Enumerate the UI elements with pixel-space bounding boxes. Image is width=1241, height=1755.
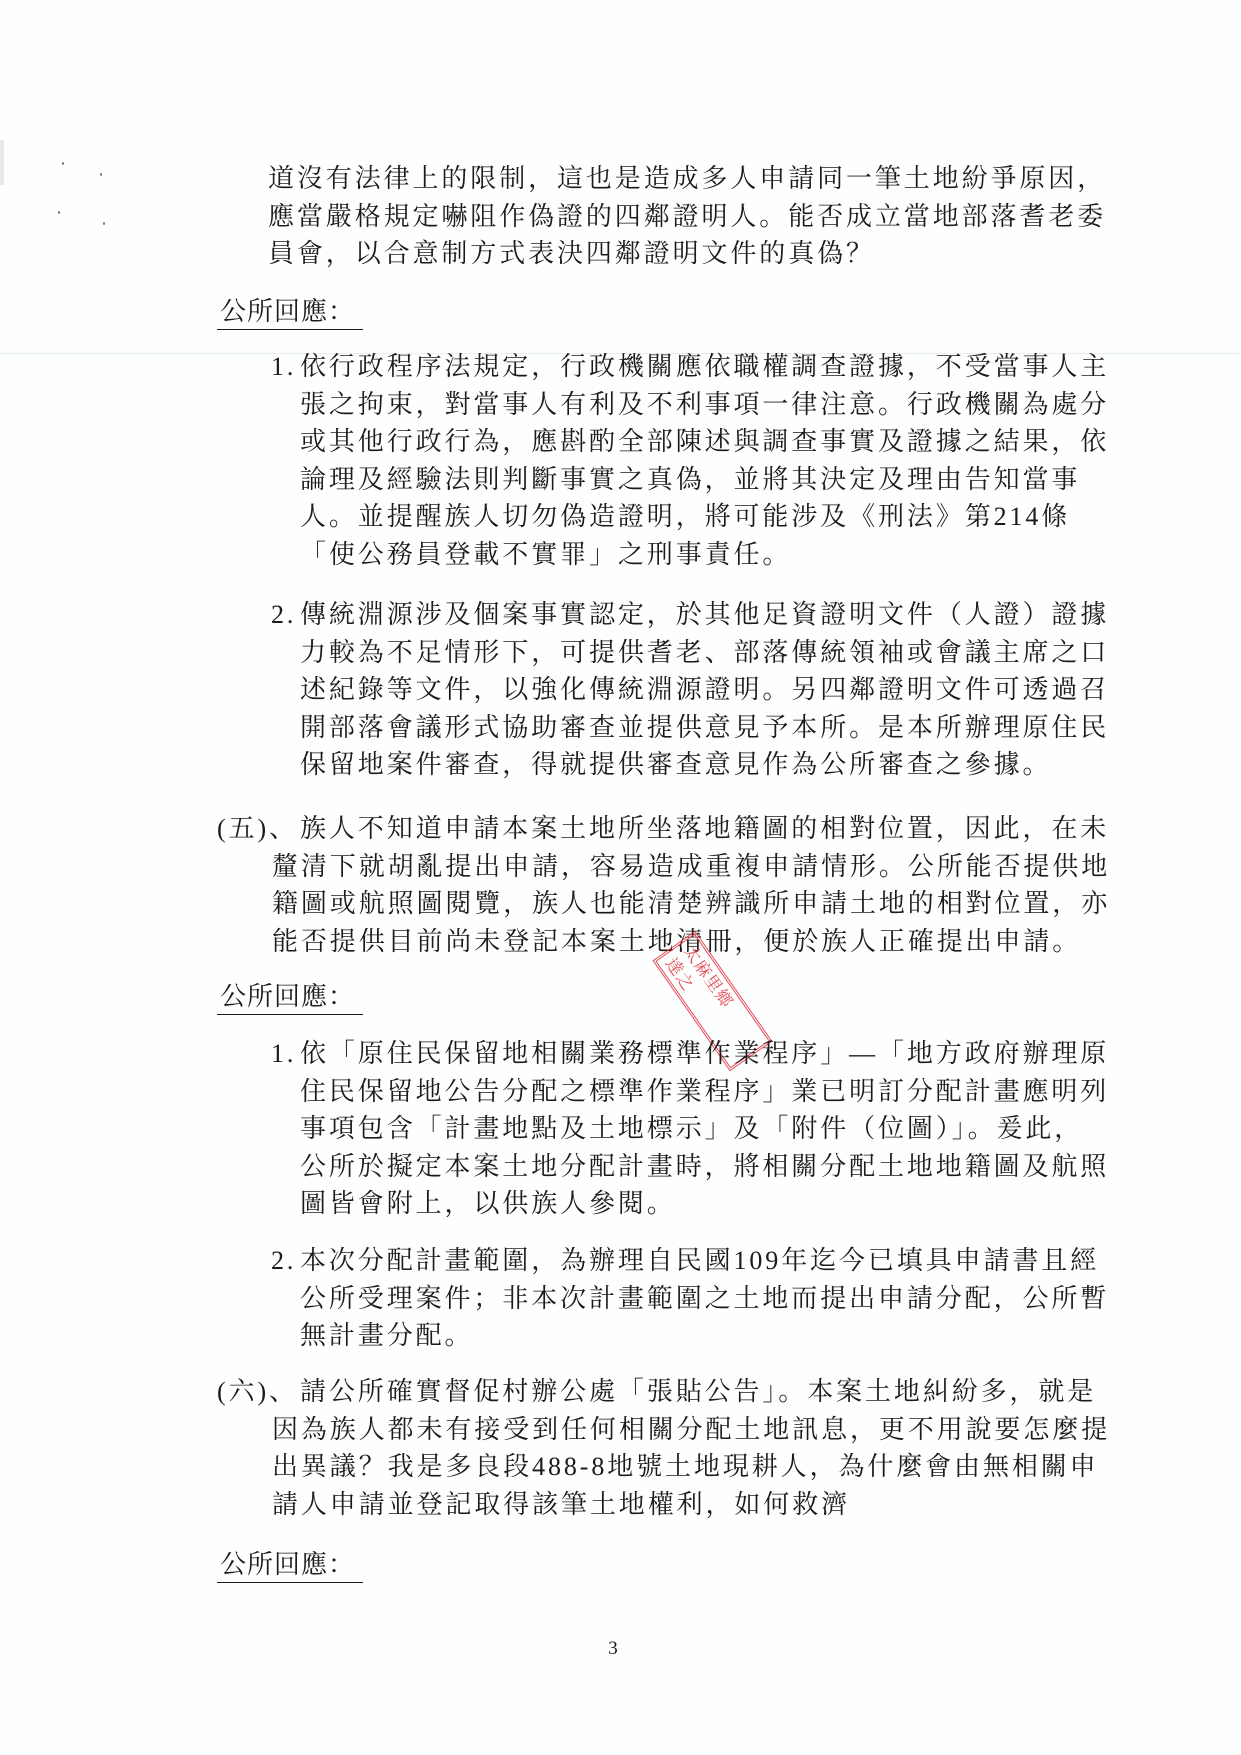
question-number: (五)、: [217, 810, 298, 848]
text-line: 依行政程序法規定，行政機關應依職權調查證據，不受當事人主: [300, 348, 1109, 386]
response-label: 公所回應：: [217, 980, 363, 1015]
text-line: 釐清下就胡亂提出申請，容易造成重複申請情形。公所能否提供地: [272, 848, 1110, 886]
item-number: 1.: [271, 1035, 296, 1073]
response-4-item-1: 1. 依行政程序法規定，行政機關應依職權調查證據，不受當事人主 張之拘束，對當事…: [300, 348, 1109, 574]
text-line: 公所受理案件；非本次計畫範圍之土地而提出申請分配，公所暫: [300, 1280, 1109, 1318]
text-line: 圖皆會附上，以供族人參閱。: [300, 1185, 1109, 1223]
text-line: 因為族人都未有接受到任何相關分配土地訊息，更不用說要怎麼提: [272, 1411, 1110, 1449]
text-line: 族人不知道申請本案土地所坐落地籍圖的相對位置，因此，在未: [272, 810, 1110, 848]
question-4-continued: 道沒有法律上的限制，這也是造成多人申請同一筆土地紛爭原因， 應當嚴格規定嚇阻作偽…: [268, 160, 1106, 273]
text-line: 請人申請並登記取得該筆土地權利，如何救濟: [272, 1486, 1110, 1524]
text-line: 請公所確實督促村辦公處「張貼公告」。本案土地糾紛多，就是: [272, 1373, 1110, 1411]
scan-speck: [100, 173, 102, 176]
text-line: 傳統淵源涉及個案事實認定，於其他足資證明文件（人證）證據: [300, 596, 1109, 634]
text-line: 應當嚴格規定嚇阻作偽證的四鄰證明人。能否成立當地部落耆老委: [268, 198, 1106, 236]
response-label: 公所回應：: [217, 295, 363, 330]
text-line: 人。並提醒族人切勿偽造證明，將可能涉及《刑法》第214條: [300, 498, 1109, 536]
scan-speck: [62, 162, 64, 165]
scan-edge-shadow: [0, 140, 4, 185]
response-5-item-1: 1. 依「原住民保留地相關業務標準作業程序」—「地方政府辦理原 住民保留地公告分…: [300, 1035, 1109, 1223]
scan-speck: [103, 222, 105, 225]
text-line: 保留地案件審查，得就提供審查意見作為公所審查之參據。: [300, 746, 1109, 784]
text-line: 張之拘束，對當事人有利及不利事項一律注意。行政機關為處分: [300, 386, 1109, 424]
text-line: 依「原住民保留地相關業務標準作業程序」—「地方政府辦理原: [300, 1035, 1109, 1073]
response-label: 公所回應：: [217, 1548, 363, 1583]
text-line: 或其他行政行為，應斟酌全部陳述與調查事實及證據之結果，依: [300, 423, 1109, 461]
text-line: 開部落會議形式協助審查並提供意見予本所。是本所辦理原住民: [300, 709, 1109, 747]
text-line: 力較為不足情形下，可提供耆老、部落傳統領袖或會議主席之口: [300, 634, 1109, 672]
text-line: 述紀錄等文件，以強化傳統淵源證明。另四鄰證明文件可透過召: [300, 671, 1109, 709]
text-line: 出異議？我是多良段488-8地號土地現耕人，為什麼會由無相關申: [272, 1448, 1110, 1486]
question-number: (六)、: [217, 1373, 298, 1411]
response-4-item-2: 2. 傳統淵源涉及個案事實認定，於其他足資證明文件（人證）證據 力較為不足情形下…: [300, 596, 1109, 784]
item-number: 2.: [271, 596, 296, 634]
text-line: 公所於擬定本案土地分配計畫時，將相關分配土地地籍圖及航照: [300, 1148, 1109, 1186]
response-5-item-2: 2. 本次分配計畫範圍，為辦理自民國109年迄今已填具申請書且經 公所受理案件；…: [300, 1242, 1109, 1355]
text-line: 住民保留地公告分配之標準作業程序」業已明訂分配計畫應明列: [300, 1073, 1109, 1111]
item-number: 2.: [271, 1242, 296, 1280]
document-page: 道沒有法律上的限制，這也是造成多人申請同一筆土地紛爭原因， 應當嚴格規定嚇阻作偽…: [0, 0, 1241, 1755]
scan-speck: [58, 211, 60, 214]
page-number: 3: [0, 1636, 1226, 1662]
text-line: 籍圖或航照圖閱覽，族人也能清楚辨識所申請土地的相對位置，亦: [272, 885, 1110, 923]
text-line: 「使公務員登載不實罪」之刑事責任。: [300, 536, 1109, 574]
text-line: 論理及經驗法則判斷事實之真偽，並將其決定及理由告知當事: [300, 461, 1109, 499]
text-line: 道沒有法律上的限制，這也是造成多人申請同一筆土地紛爭原因，: [268, 160, 1106, 198]
text-line: 員會，以合意制方式表決四鄰證明文件的真偽？: [268, 235, 1106, 273]
question-6: (六)、 請公所確實督促村辦公處「張貼公告」。本案土地糾紛多，就是 因為族人都未…: [272, 1373, 1110, 1523]
text-line: 事項包含「計畫地點及土地標示」及「附件（位圖）」。爰此，: [300, 1110, 1109, 1148]
text-line: 無計畫分配。: [300, 1317, 1109, 1355]
item-number: 1.: [271, 348, 296, 386]
text-line: 本次分配計畫範圍，為辦理自民國109年迄今已填具申請書且經: [300, 1242, 1109, 1280]
